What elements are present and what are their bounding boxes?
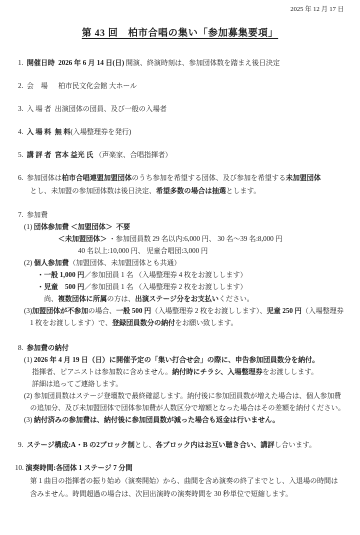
text-line: ・一般 1,000 円／参加団員 1 名 （入場整理券 4 枚をお渡しします） (0, 269, 350, 281)
text-segment: 7. 参加費 (18, 211, 48, 219)
text-segment: (2) (24, 259, 34, 267)
text-segment: し合います。 (275, 441, 316, 449)
text-segment: （入場整理券 2 枚をお渡しします）、 (151, 307, 267, 315)
text-segment: 1 枚をお渡しします）で、 (30, 319, 112, 327)
text-segment-bold: 参加費の納付 (27, 344, 69, 352)
text-segment-bold: 入 場 料 無 料 (27, 128, 71, 136)
text-segment: 4. (18, 128, 27, 136)
text-line: (3)加盟団体が不参加の場合、一般 500 円（入場整理券 2 枚をお渡しします… (0, 305, 350, 317)
text-line: 3. 入 場 者 出演団体の団員、及び一般の入場者 (0, 103, 350, 115)
text-line: 1. 開催日時 2026 年 6 月 14 日(日) 開演、終演時刻は、参加団体… (0, 57, 350, 69)
text-segment-bold: 開催日時 (27, 59, 55, 67)
text-line: の追加分、及び未加盟団体で団体参加費が人数区分で増額となった場合はその差額を納付… (0, 402, 350, 414)
text-segment-bold: ＜加盟団体＞ (71, 223, 113, 231)
text-segment: 40 名以上:10,000 円、 児童合唱団:3,000 円 (78, 247, 208, 255)
text-line: (1) 団体参加費 ＜加盟団体＞ 不要 (0, 221, 350, 233)
text-line: 尚、複数団体に所属の方は、出演ステージ分をお支払いください。 (0, 293, 350, 305)
text-line: 指揮者、ピアニストは参加数に含めません。納付時にチラシ、入場整理券をお渡しします… (0, 366, 350, 378)
text-line: (3) 納付済みの参加費は、納付後に参加団員数が減った場合も返金は行いません。 (0, 414, 350, 426)
text-line: 10. 演奏時間:各団体 1 ステージ 7 分間 (0, 462, 350, 474)
text-segment: 1. (18, 59, 27, 67)
text-line: 含みません。時間超過の場合は、次回出演時の演奏時間を 30 秒単位で短縮します。 (0, 488, 350, 500)
text-segment: とし、 (135, 441, 156, 449)
text-segment: （声楽家、合唱指揮者） (93, 151, 172, 159)
text-segment: 6. 参加団体は (18, 174, 62, 182)
text-segment-bold: 納付時にチラシ、入場整理券 (172, 368, 262, 376)
text-segment-bold: 柏市合唱連盟加盟団体 (62, 174, 132, 182)
text-segment-bold: 団体参加費 (34, 223, 69, 231)
text-line: 1 枚をお渡しします）で、登録団員数分の納付をお願い致します。 (0, 317, 350, 329)
text-segment-bold: 個人参加費 (34, 259, 69, 267)
text-segment-bold: 希望多数の場合は抽選 (156, 187, 226, 195)
text-segment: （加盟団体、未加盟団体とも共通） (69, 259, 181, 267)
text-segment: 8. (18, 344, 27, 352)
text-segment: ・参加団員数 29 名以内:6,000 円、 30 名～39 名:8,000 円 (107, 235, 282, 243)
text-segment: ／参加団員 1 名 （入場整理券 4 枚をお渡しします） (84, 271, 247, 279)
text-segment: をお渡しします。 (263, 368, 318, 376)
text-segment: (1) (24, 356, 34, 364)
text-segment-bold: ＜未加盟団体＞ (58, 235, 107, 243)
text-segment: 尚、 (44, 295, 58, 303)
text-line: 第 1 曲目の指揮者の振り始め（演奏開始）から、曲間を含め演奏の終了までとし、入… (0, 475, 350, 487)
document-page: 2025 年 12 月 17 日 第 43 回 柏市合唱の集い「参加募集要項」 … (0, 0, 360, 535)
text-segment-bold: 各ブロック内はお互い聴き合い、講評 (156, 441, 275, 449)
text-segment: 5. (18, 151, 27, 159)
text-segment: の場合、 (88, 307, 116, 315)
text-segment: （入場整理券 (302, 307, 344, 315)
text-line: 5. 講 評 者 宮本 益光 氏 （声楽家、合唱指揮者） (0, 149, 350, 161)
text-segment-bold: 納付済みの参加費は、納付後に参加団員数が減った場合も返金は行いません。 (34, 416, 279, 424)
text-segment: のうち参加を希望する団体、及び参加を希望する (132, 174, 286, 182)
text-segment: ください。 (219, 295, 254, 303)
title-row: 第 43 回 柏市合唱の集い「参加募集要項」 (0, 23, 360, 41)
text-segment: 指揮者、ピアニストは参加数に含めません。 (32, 368, 172, 376)
text-segment-bold: 未加盟団体 (286, 174, 321, 182)
text-segment-bold: 2026 年 4 月 19 日（日）に開催予定の「集い打合せ会」の際に、申告参加… (34, 356, 319, 364)
text-segment-bold: 出演ステージ分をお支払い (135, 295, 219, 303)
text-segment: をお願い致します。 (175, 319, 237, 327)
document-title: 第 43 回 柏市合唱の集い「参加募集要項」 (82, 29, 278, 39)
text-segment: (入場整理券を発行) (71, 128, 132, 136)
text-segment-bold: 加盟団体が不参加 (32, 307, 88, 315)
text-segment-bold: 講 評 者 宮本 益光 氏 (27, 151, 94, 159)
text-segment: 2. 会 場 柏市民文化会館 大ホール (18, 82, 137, 90)
text-line: 4. 入 場 料 無 料(入場整理券を発行) (0, 126, 350, 138)
text-segment: 10. (15, 464, 26, 472)
text-segment-bold: ・児童 500 円 (37, 283, 84, 291)
text-segment-bold: 登録団員数分の納付 (112, 319, 175, 327)
text-line: 8. 参加費の納付 (0, 342, 350, 354)
text-segment: (2) 参加団員数はステージ登壇数で最終確認します。納付後に参加団員数が増えた場… (24, 392, 341, 400)
text-line: とし、未加盟の参加団体数は後日決定、希望多数の場合は抽選とします。 (0, 185, 350, 197)
text-segment-bold: ・一般 1,000 円 (37, 271, 84, 279)
text-segment: 開演、終演時刻は、参加団体数を踏まえ後日決定 (124, 59, 280, 67)
text-line: 9. ステージ構成:A・B の2ブロック制とし、各ブロック内はお互い聴き合い、講… (0, 439, 350, 451)
text-segment-bold: ステージ構成:A・B の2ブロック制 (27, 441, 135, 449)
text-line: 7. 参加費 (0, 209, 350, 221)
text-line: 40 名以上:10,000 円、 児童合唱団:3,000 円 (0, 245, 350, 257)
text-segment-bold: 2026 年 6 月 14 日(日) (58, 59, 124, 67)
text-line: 6. 参加団体は柏市合唱連盟加盟団体のうち参加を希望する団体、及び参加を希望する… (0, 172, 350, 184)
text-segment-bold: 演奏時間:各団体 1 ステージ 7 分間 (26, 464, 133, 472)
text-segment: 9. (18, 441, 27, 449)
text-segment: 3. 入 場 者 出演団体の団員、及び一般の入場者 (18, 105, 167, 113)
text-line: (1) 2026 年 4 月 19 日（日）に開催予定の「集い打合せ会」の際に、… (0, 354, 350, 366)
text-segment-bold: 不要 (116, 223, 130, 231)
text-line: (2) 個人参加費（加盟団体、未加盟団体とも共通） (0, 257, 350, 269)
text-segment: 詳細は追ってご連絡します。 (32, 380, 122, 388)
text-segment-bold: 一般 500 円 (116, 307, 151, 315)
text-line: ・児童 500 円／参加団員 1 名 （入場整理券 2 枚をお渡しします） (0, 281, 350, 293)
text-line: ＜未加盟団体＞ ・参加団員数 29 名以内:6,000 円、 30 名～39 名… (0, 233, 350, 245)
text-segment: ／参加団員 1 名 （入場整理券 2 枚をお渡しします） (84, 283, 247, 291)
text-segment-bold: 複数団体に所属 (58, 295, 107, 303)
text-segment: (1) (24, 223, 34, 231)
text-segment: 第 1 曲目の指揮者の振り始め（演奏開始）から、曲間を含め演奏の終了までとし、入… (30, 477, 338, 485)
document-body: 1. 開催日時 2026 年 6 月 14 日(日) 開演、終演時刻は、参加団体… (0, 57, 360, 500)
text-segment-bold: 児童 250 円 (267, 307, 302, 315)
text-segment: の追加分、及び未加盟団体で団体参加費が人数区分で増額となった場合はその差額を納付… (30, 404, 345, 412)
document-date: 2025 年 12 月 17 日 (0, 0, 360, 14)
text-segment: とし、未加盟の参加団体数は後日決定、 (30, 187, 156, 195)
text-segment: (3) (24, 307, 32, 315)
text-segment: とします。 (226, 187, 260, 195)
text-segment: 含みません。時間超過の場合は、次回出演時の演奏時間を 30 秒単位で短縮します。 (30, 490, 292, 498)
text-line: 2. 会 場 柏市民文化会館 大ホール (0, 80, 350, 92)
text-segment: (3) (24, 416, 34, 424)
text-line: 詳細は追ってご連絡します。 (0, 378, 350, 390)
text-line: (2) 参加団員数はステージ登壇数で最終確認します。納付後に参加団員数が増えた場… (0, 390, 350, 402)
text-segment: の方は、 (107, 295, 135, 303)
